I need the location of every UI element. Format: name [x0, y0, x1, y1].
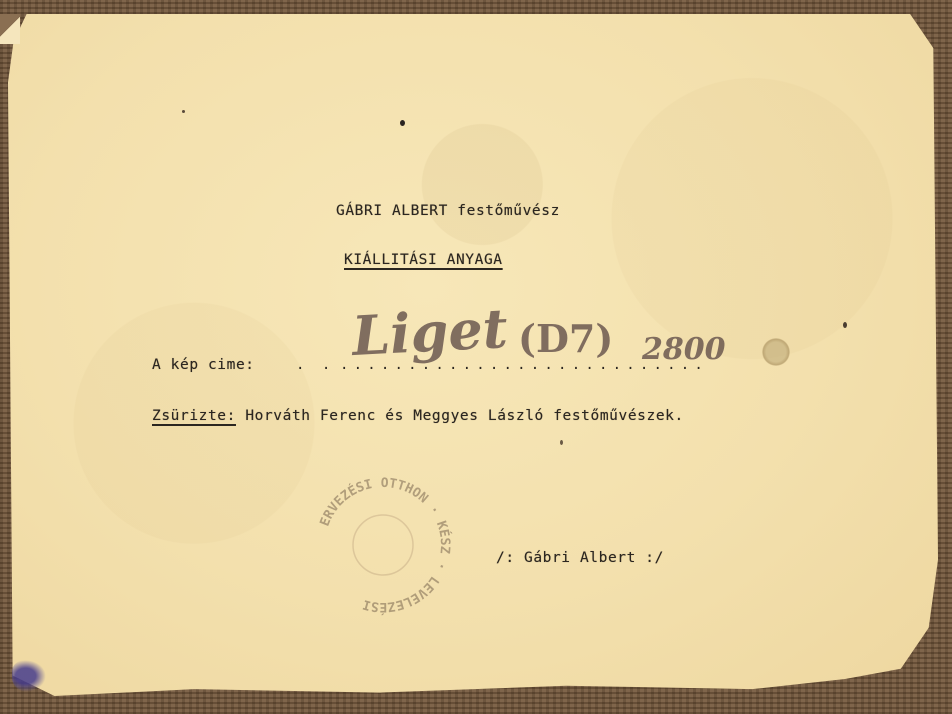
ink-speck: [843, 322, 847, 328]
stain: [762, 338, 790, 366]
jury-label: Zsürizte:: [152, 408, 236, 424]
signature: /: Gábri Albert :/: [496, 550, 664, 566]
subtitle: KIÁLLITÁSI ANYAGA: [344, 252, 503, 268]
jury-line: Zsürizte: Horváth Ferenc és Meggyes Lász…: [152, 408, 684, 424]
stamp-icon: ERVEZÉSI OTTHON · KÉSZ · LEVELEZÉSI: [308, 470, 458, 620]
svg-text:ERVEZÉSI OTTHON · KÉSZ · LEVEL: ERVEZÉSI OTTHON · KÉSZ · LEVELEZÉSI: [318, 476, 453, 615]
jury-text: Horváth Ferenc és Meggyes László festőmű…: [245, 408, 684, 424]
ink-blot: [12, 660, 46, 692]
ink-speck: [560, 440, 563, 445]
header-line: GÁBRI ALBERT festőművész: [336, 203, 560, 219]
handwritten-code: (D7): [518, 316, 613, 361]
ink-speck: [400, 120, 405, 126]
handwritten-price: 2800: [642, 332, 726, 367]
handwritten-title: Liget: [350, 296, 509, 368]
title-dots-lead: . .: [296, 357, 335, 373]
folded-corner: [0, 14, 20, 44]
title-label: A kép cime:: [152, 357, 255, 373]
rubber-stamp: ERVEZÉSI OTTHON · KÉSZ · LEVELEZÉSI: [308, 470, 458, 620]
ink-speck: [182, 110, 185, 113]
